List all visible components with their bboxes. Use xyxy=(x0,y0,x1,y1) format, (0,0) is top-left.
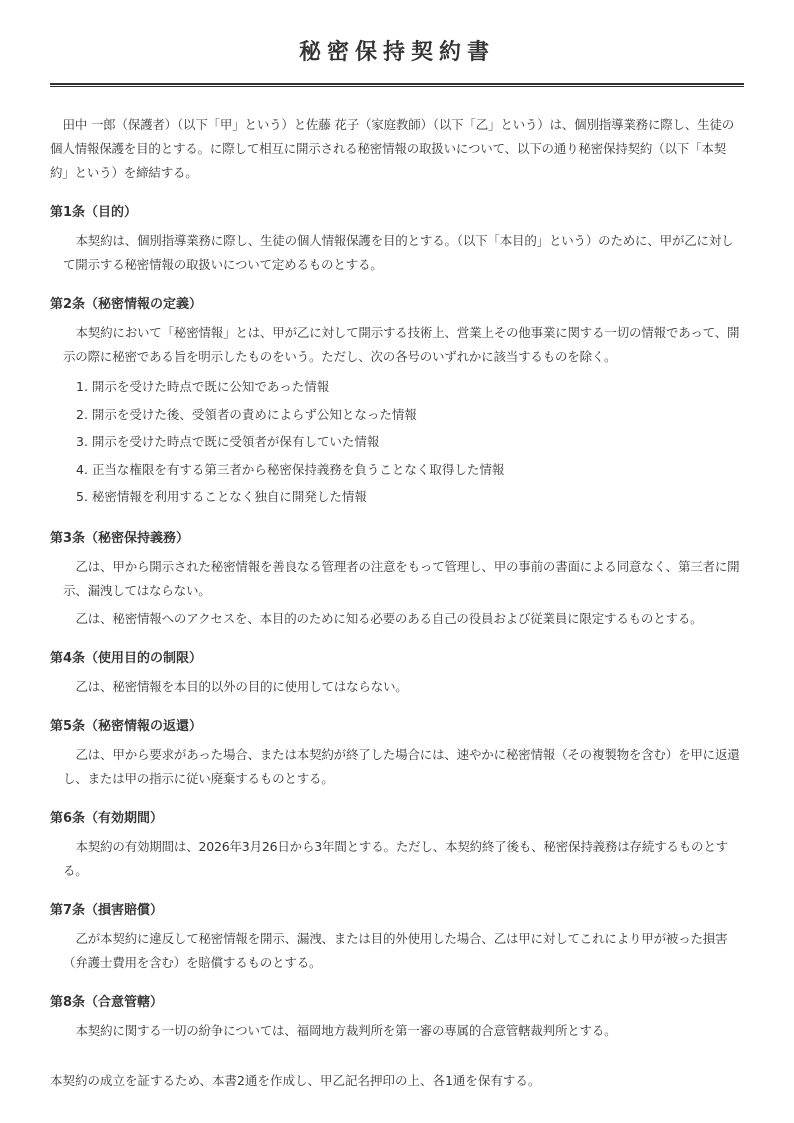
article-heading: 第6条（有効期間） xyxy=(50,807,744,831)
article-1: 第1条（目的） 本契約は、個別指導業務に際し、生徒の個人情報保護を目的とする。（… xyxy=(50,201,744,277)
document-title: 秘密保持契約書 xyxy=(50,0,744,72)
article-7: 第7条（損害賠償） 乙が本契約に違反して秘密情報を開示、漏洩、または目的外使用し… xyxy=(50,899,744,975)
article-paragraph: 乙は、秘密情報へのアクセスを、本目的のために知る必要のある自己の役員および従業員… xyxy=(63,607,744,631)
article-5: 第5条（秘密情報の返還） 乙は、甲から要求があった場合、または本契約が終了した場… xyxy=(50,715,744,791)
article-heading: 第7条（損害賠償） xyxy=(50,899,744,923)
article-paragraph: 本契約において「秘密情報」とは、甲が乙に対して開示する技術上、営業上その他事業に… xyxy=(63,321,744,369)
article-paragraph: 本契約の有効期間は、2026年3月26日から3年間とする。ただし、本契約終了後も… xyxy=(63,835,744,883)
closing-statement: 本契約の成立を証するため、本書2通を作成し、甲乙記名押印の上、各1通を保有する。 xyxy=(50,1069,744,1093)
article-2: 第2条（秘密情報の定義） 本契約において「秘密情報」とは、甲が乙に対して開示する… xyxy=(50,293,744,511)
exclusion-item: 2. 開示を受けた後、受領者の責めによらず公知となった情報 xyxy=(76,401,744,429)
article-paragraph: 乙は、甲から要求があった場合、または本契約が終了した場合には、速やかに秘密情報（… xyxy=(63,743,744,791)
preamble-paragraph: 田中 一郎（保護者）（以下「甲」という）と佐藤 花子（家庭教師）（以下「乙」とい… xyxy=(50,113,744,185)
article-heading: 第4条（使用目的の制限） xyxy=(50,647,744,671)
article-heading: 第5条（秘密情報の返還） xyxy=(50,715,744,739)
article-paragraph: 乙は、甲から開示された秘密情報を善良なる管理者の注意をもって管理し、甲の事前の書… xyxy=(63,555,744,603)
article-heading: 第8条（合意管轄） xyxy=(50,991,744,1015)
title-double-rule xyxy=(50,83,744,87)
article-paragraph: 乙は、秘密情報を本目的以外の目的に使用してはならない。 xyxy=(63,675,744,699)
exclusion-item: 1. 開示を受けた時点で既に公知であった情報 xyxy=(76,373,744,401)
exclusion-item: 3. 開示を受けた時点で既に受領者が保有していた情報 xyxy=(76,428,744,456)
exclusion-list: 1. 開示を受けた時点で既に公知であった情報 2. 開示を受けた後、受領者の責め… xyxy=(76,373,744,511)
article-3: 第3条（秘密保持義務） 乙は、甲から開示された秘密情報を善良なる管理者の注意をも… xyxy=(50,527,744,631)
exclusion-item: 5. 秘密情報を利用することなく独自に開発した情報 xyxy=(76,483,744,511)
article-8: 第8条（合意管轄） 本契約に関する一切の紛争については、福岡地方裁判所を第一審の… xyxy=(50,991,744,1043)
article-6: 第6条（有効期間） 本契約の有効期間は、2026年3月26日から3年間とする。た… xyxy=(50,807,744,883)
article-paragraph: 本契約に関する一切の紛争については、福岡地方裁判所を第一審の専属的合意管轄裁判所… xyxy=(63,1019,744,1043)
article-heading: 第2条（秘密情報の定義） xyxy=(50,293,744,317)
contract-page: 秘密保持契約書 田中 一郎（保護者）（以下「甲」という）と佐藤 花子（家庭教師）… xyxy=(0,0,794,1123)
exclusion-item: 4. 正当な権限を有する第三者から秘密保持義務を負うことなく取得した情報 xyxy=(76,456,744,484)
article-heading: 第3条（秘密保持義務） xyxy=(50,527,744,551)
article-heading: 第1条（目的） xyxy=(50,201,744,225)
article-paragraph: 乙が本契約に違反して秘密情報を開示、漏洩、または目的外使用した場合、乙は甲に対し… xyxy=(63,927,744,975)
article-paragraph: 本契約は、個別指導業務に際し、生徒の個人情報保護を目的とする。（以下「本目的」と… xyxy=(63,229,744,277)
article-4: 第4条（使用目的の制限） 乙は、秘密情報を本目的以外の目的に使用してはならない。 xyxy=(50,647,744,699)
